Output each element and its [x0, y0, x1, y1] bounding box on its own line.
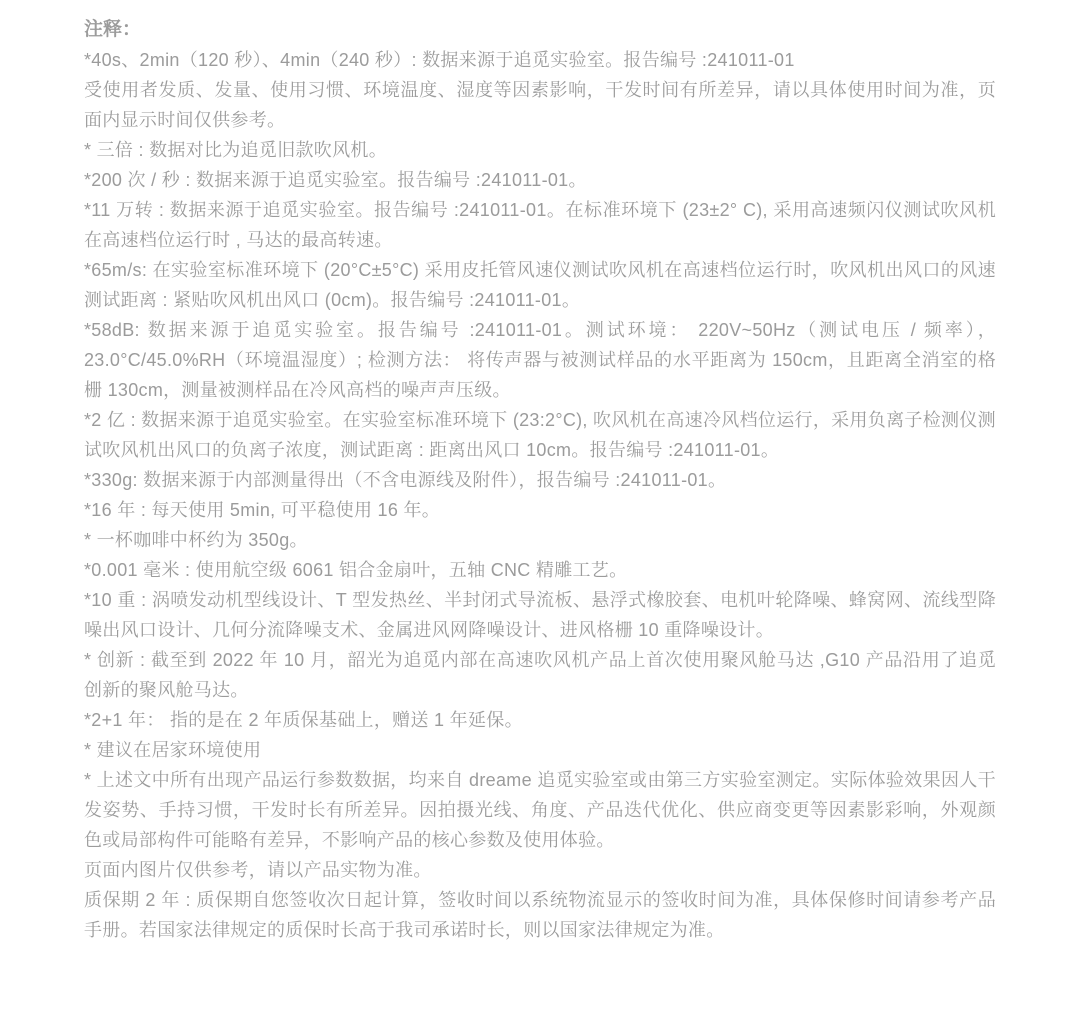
note-paragraph: * 三倍 : 数据对比为追觅旧款吹风机。 [84, 135, 996, 165]
note-paragraph: *10 重 : 涡喷发动机型线设计、T 型发热丝、半封闭式导流板、悬浮式橡胶套、… [84, 585, 996, 645]
note-paragraph: * 一杯咖啡中杯约为 350g。 [84, 525, 996, 555]
note-paragraph: * 建议在居家环境使用 [84, 735, 996, 765]
note-paragraph: * 上述文中所有出现产品运行参数数据，均来自 dreame 追觅实验室或由第三方… [84, 765, 996, 855]
note-paragraph: *2+1 年： 指的是在 2 年质保基础上，赠送 1 年延保。 [84, 705, 996, 735]
notes-title: 注释： [84, 15, 996, 45]
note-paragraph: *0.001 毫米 : 使用航空级 6061 铝合金扇叶，五轴 CNC 精雕工艺… [84, 555, 996, 585]
note-paragraph: *40s、2min（120 秒）、4min（240 秒）: 数据来源于追觅实验室… [84, 45, 996, 75]
note-paragraph: * 创新 : 截至到 2022 年 10 月，韶光为追觅内部在高速吹风机产品上首… [84, 645, 996, 705]
note-paragraph: *200 次 / 秒 : 数据来源于追觅实验室。报告编号 :241011-01。 [84, 165, 996, 195]
note-paragraph: *330g: 数据来源于内部测量得出（不含电源线及附件），报告编号 :24101… [84, 465, 996, 495]
note-paragraph: *2 亿 : 数据来源于追觅实验室。在实验室标准环境下 (23:2°C), 吹风… [84, 405, 996, 465]
note-paragraph: *58dB: 数据来源于追觅实验室。报告编号 :241011-01。测试环境： … [84, 315, 996, 405]
note-paragraph: *65m/s: 在实验室标准环境下 (20°C±5°C) 采用皮托管风速仪测试吹… [84, 255, 996, 315]
notes-list: *40s、2min（120 秒）、4min（240 秒）: 数据来源于追觅实验室… [84, 45, 996, 945]
note-paragraph: 质保期 2 年 : 质保期自您签收次日起计算，签收时间以系统物流显示的签收时间为… [84, 885, 996, 945]
note-paragraph: *11 万转 : 数据来源于追觅实验室。报告编号 :241011-01。在标准环… [84, 195, 996, 255]
note-paragraph: *16 年 : 每天使用 5min, 可平稳使用 16 年。 [84, 495, 996, 525]
note-paragraph: 受使用者发质、发量、使用习惯、环境温度、湿度等因素影响，干发时间有所差异，请以具… [84, 75, 996, 135]
note-paragraph: 页面内图片仅供参考，请以产品实物为准。 [84, 855, 996, 885]
product-notes-page: 注释： *40s、2min（120 秒）、4min（240 秒）: 数据来源于追… [0, 0, 1080, 985]
